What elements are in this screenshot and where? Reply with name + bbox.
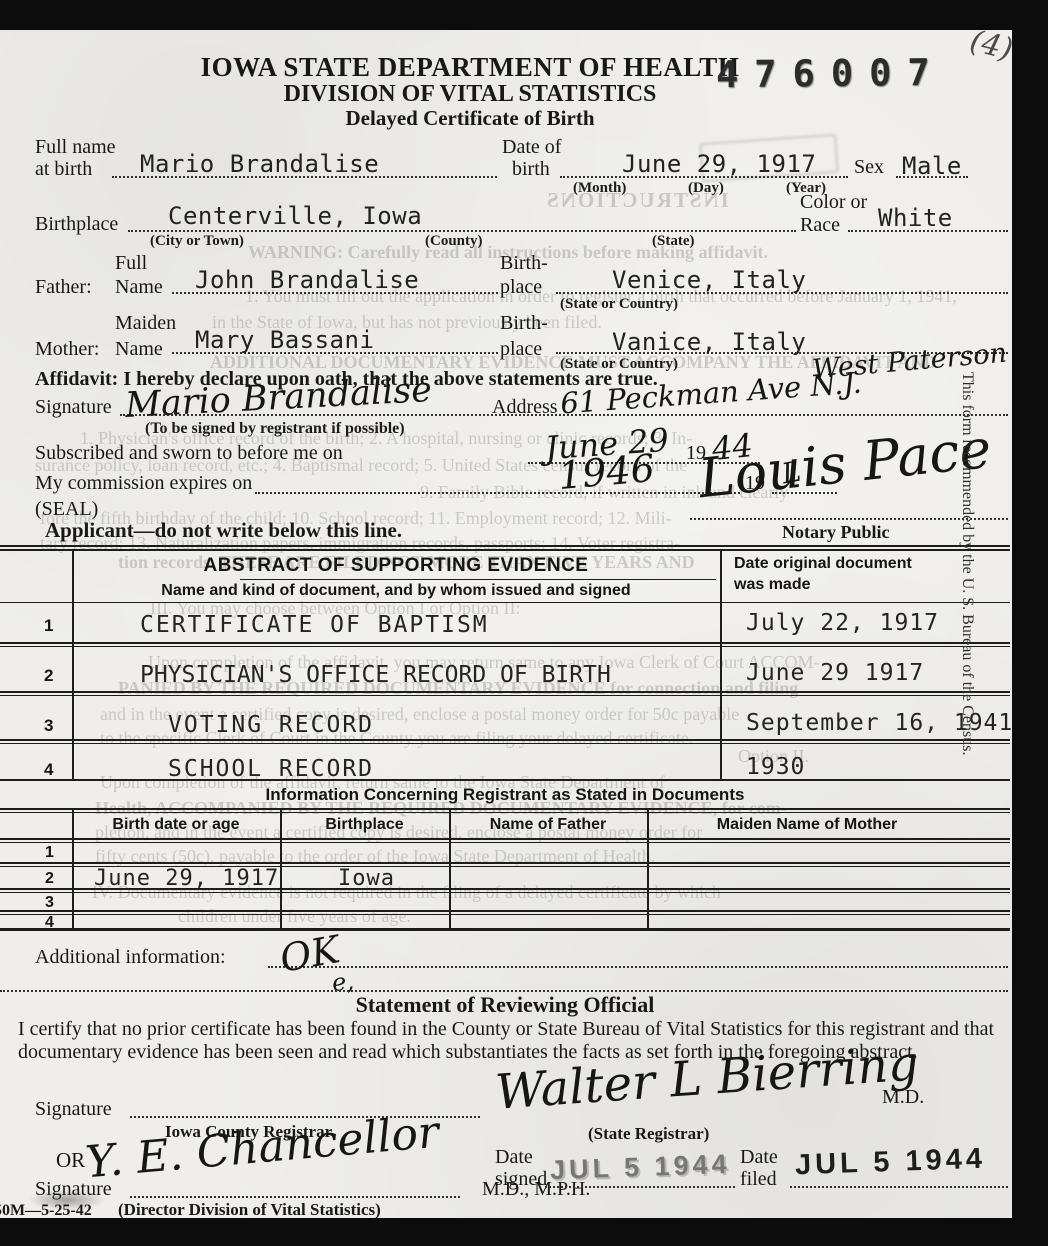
abstract-row-name: PHYSICIAN'S OFFICE RECORD OF BIRTH [140,662,611,688]
row-rule [0,739,1010,741]
commission-label: My commission expires on [35,472,252,495]
no-write-line: Applicant—do not write below this line. [45,518,402,543]
row-rule [0,892,1010,893]
row-rule [0,642,1010,644]
row-rule [0,691,1010,693]
father-birthplace-label-2: place [500,276,542,299]
certificate-title: Delayed Certificate of Birth [150,106,790,131]
mother-name-value: Mary Bassani [195,326,374,354]
signature-2-line [130,1196,460,1198]
father-name-value: John Brandalise [195,266,419,294]
info-col-header: Name of Father [449,816,647,834]
signature-1-label: Signature [35,1098,112,1121]
info-col-header: Birthplace [280,816,449,834]
abstract-date-header-2: was made [734,576,810,594]
dob-value: June 29, 1917 [622,150,816,178]
abstract-date-header-1: Date original document [734,555,912,573]
rule [0,602,1010,603]
sex-value: Male [902,152,962,180]
county-sublabel: (County) [425,233,483,250]
row-rule [0,862,1010,864]
date-signed-label-1: Date [495,1146,533,1169]
rule [0,808,1010,810]
state-registrar-md: M.D. [882,1086,924,1109]
race-value: White [878,204,953,232]
notary-public-label: Notary Public [782,522,890,543]
father-fullname-label-2: Name [115,276,163,299]
address-label: Address [492,396,558,419]
info-row-num: 2 [45,870,54,888]
sex-label: Sex [854,156,884,179]
abstract-title: ABSTRACT OF SUPPORTING EVIDENCE [72,555,720,577]
additional-info-label: Additional information: [35,946,226,969]
abstract-subtitle: Name and kind of document, and by whom i… [72,582,720,600]
date-filed-line [790,1186,1008,1188]
row-rule [0,646,1010,647]
father-fullname-label-1: Full [115,252,147,275]
scanned-certificate-page: { "page": { "corner_mark": "(4)", "seria… [0,0,1048,1246]
birthplace-label: Birthplace [35,213,118,236]
director-signature-handwriting: Y. E. Chancellor [83,1107,440,1189]
abstract-row-date: July 22, 1917 [746,610,939,636]
signature-label: Signature [35,396,112,419]
dob-label-1: Date of [502,136,561,159]
certificate-paper: INSTRUCTIONS WARNING: Carefully read all… [0,30,1012,1218]
agency-title: IOWA STATE DEPARTMENT OF HEALTH [150,52,790,83]
date-filed-label-1: Date [740,1146,778,1169]
abstract-row-num: 2 [44,666,53,686]
state-sublabel: (State) [652,233,694,250]
info-table-title: Information Concerning Registrant as Sta… [0,785,1010,805]
dob-label-2: birth [512,158,550,181]
rule [0,838,1010,840]
side-caption: This form recommended by the U. S. Burea… [958,372,976,892]
birthplace-line [128,230,796,232]
rule [0,779,1010,781]
serial-number-stamp: 476007 [716,51,946,96]
mother-birthplace-label-1: Birth- [500,312,548,335]
abstract-row-name: VOTING RECORD [168,712,374,738]
full-name-label-2: at birth [35,158,92,181]
day-sublabel: (Day) [688,180,724,197]
abstract-row-date: 1930 [746,754,805,780]
race-label-1: Color or [800,191,867,214]
abstract-row-date: June 29 1917 [746,660,924,686]
table-border [720,549,722,779]
info-col-header: Birth date or age [72,816,280,834]
rule [0,928,1010,931]
rule [0,549,1010,551]
race-label-2: Race [800,214,840,237]
director-label: (Director Division of Vital Statistics) [118,1200,381,1218]
row-rule [0,888,1010,890]
mother-birthplace-label-2: place [500,338,542,361]
father-birthplace-value: Venice, Italy [612,266,806,294]
abstract-row-num: 3 [44,716,53,736]
mother-maiden-label-1: Maiden [115,312,176,335]
mother-role-label: Mother: [35,338,99,361]
info-row-num: 1 [45,844,54,862]
row-rule [0,914,1010,915]
sign-note: (To be signed by registrant if possible) [145,420,405,438]
row-rule [0,695,1010,696]
additional-info-line [268,966,1008,968]
date-filed-label-2: filed [740,1168,777,1191]
mother-maiden-label-2: Name [115,338,163,361]
month-sublabel: (Month) [573,180,626,197]
commission-line [255,492,740,494]
full-name-value: Mario Brandalise [140,150,379,178]
form-number: 50M—5-25-42 [0,1202,92,1218]
division-title: DIVISION OF VITAL STATISTICS [150,81,790,108]
rule [0,545,1010,547]
city-sublabel: (City or Town) [150,233,244,250]
rule [0,812,1010,813]
abstract-title-underline [240,579,716,580]
abstract-row-num: 4 [44,760,53,780]
info-col-header: Maiden Name of Mother [647,816,967,834]
state-registrar-label: (State Registrar) [588,1124,709,1144]
or-label: OR [56,1148,85,1173]
father-role-label: Father: [35,276,92,299]
statement-title: Statement of Reviewing Official [0,992,1010,1018]
row-rule [0,910,1010,912]
father-statecountry-sublabel: (State or Country) [560,296,678,313]
abstract-row-num: 1 [44,616,53,636]
row-rule [0,743,1010,744]
abstract-row-name: CERTIFICATE OF BAPTISM [140,612,489,638]
sworn-label: Subscribed and sworn to before me on [35,442,343,465]
birthplace-value: Centerville, Iowa [168,202,422,230]
date-signed-line [545,1186,735,1188]
full-name-label-1: Full name [35,136,116,159]
rule [0,842,1010,843]
date-filed-stamp: JUL 5 1944 [794,1143,986,1183]
father-birthplace-label-1: Birth- [500,252,548,275]
date-signed-stamp: JUL 5 1944 [550,1149,732,1186]
mother-birthplace-value: Vanice, Italy [612,328,806,356]
date-signed-label-2: signed [495,1168,547,1191]
commission-year-handwriting: 1946 [556,446,656,498]
